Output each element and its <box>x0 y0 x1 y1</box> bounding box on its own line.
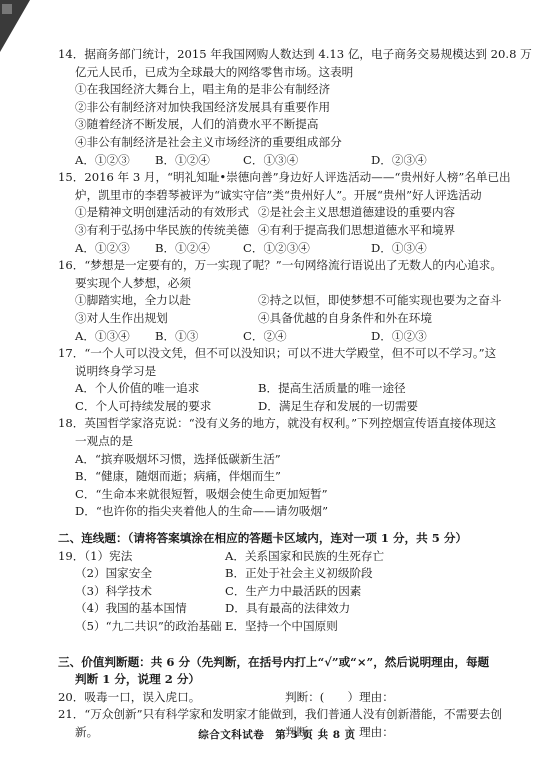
match-row: （2）国家安全 B．正处于社会主义初级阶段 <box>58 565 528 583</box>
question-20: 20．吸毒一口，误入虎口。 判断：( ）理由： <box>58 689 528 707</box>
match-row: （4）我国的基本国情 D．具有最高的法律效力 <box>58 600 528 618</box>
statement-item: ②非公有制经济对加快我国经济发展具有重要作用 <box>58 99 528 117</box>
question-15: 15．2016 年 3 月，“明礼知耻•崇德向善”身边好人评选活动——“贵州好人… <box>58 169 528 257</box>
section-3-title: 判断 1 分，说理 2 分） <box>58 671 528 689</box>
question-stem: 21．“万众创新”只有科学家和发明家才能做到，我们普通人没有创新潜能，不需要去创 <box>58 706 528 724</box>
statement-item: ②是社会主义思想道德建设的重要内容 <box>258 204 455 222</box>
question-stem: 18．英国哲学家洛克说：“没有义务的地方，就没有权利。”下列控烟宣传语直接体现这 <box>58 415 528 433</box>
statement-item: ④非公有制经济是社会主义市场经济的重要组成部分 <box>58 134 528 152</box>
statement-item: ④有利于提高我们思想道德水平和境界 <box>258 222 455 240</box>
answer-options-row: C．个人可持续发展的要求 D．满足生存和发展的一切需要 <box>58 398 528 416</box>
match-right-item: A．关系国家和民族的生死存亡 <box>225 548 384 566</box>
question-stem: 14．据商务部门统计，2015 年我国网购人数达到 4.13 亿，电子商务交易规… <box>58 46 528 64</box>
match-left-item: （4）我国的基本国情 <box>75 600 225 618</box>
match-row: （5）“九二共识”的政治基础 E．坚持一个中国原则 <box>58 618 528 636</box>
option-c: C．个人可持续发展的要求 <box>75 398 258 416</box>
option-d: D．满足生存和发展的一切需要 <box>258 398 418 416</box>
statement-item: ③随着经济不断发展，人们的消费水平不断提高 <box>58 116 528 134</box>
answer-options: A．①②③ B．①②④ C．①②③④ D．①③④ <box>58 240 528 258</box>
question-stem: 要实现个人梦想，必须 <box>58 275 528 293</box>
option-c: C．①②③④ <box>243 240 371 258</box>
section-2-title: 二、连线题：（请将答案填涂在相应的答题卡区域内，连对一项 1 分，共 5 分） <box>58 530 528 548</box>
question-stem: 炉，凯里市的李碧琴被评为“诚实守信”类“贵州好人”。开展“贵州”好人评选活动 <box>58 187 528 205</box>
question-stem: 15．2016 年 3 月，“明礼知耻•崇德向善”身边好人评选活动——“贵州好人… <box>58 169 528 187</box>
answer-options: A．①②③ B．①②④ C．①③④ D．②③④ <box>58 152 528 170</box>
statement-item: ④具备优越的自身条件和外在环境 <box>258 310 432 328</box>
exam-page: 14．据商务部门统计，2015 年我国网购人数达到 4.13 亿，电子商务交易规… <box>58 46 528 742</box>
question-17: 17．“一个人可以没文凭，但不可以没知识；可以不进大学殿堂，但不可以不学习。”这… <box>58 345 528 415</box>
question-16: 16．“梦想是一定要有的，万一实现了呢？”一句网络流行语说出了无数人的内心追求。… <box>58 257 528 345</box>
option-a: A．①③④ <box>75 328 155 346</box>
question-14: 14．据商务部门统计，2015 年我国网购人数达到 4.13 亿，电子商务交易规… <box>58 46 528 169</box>
statement-row: ③对人生作出规划 ④具备优越的自身条件和外在环境 <box>58 310 528 328</box>
option-d: D．①③④ <box>371 240 427 258</box>
statement-row: ③有利于弘扬中华民族的传统美德 ④有利于提高我们思想道德水平和境界 <box>58 222 528 240</box>
question-stem: 说明终身学习是 <box>58 363 528 381</box>
match-left-item: （5）“九二共识”的政治基础 <box>75 618 225 636</box>
match-right-item: C．生产力中最活跃的因素 <box>225 583 361 601</box>
question-19: 19．（1）宪法 A．关系国家和民族的生死存亡 （2）国家安全 B．正处于社会主… <box>58 548 528 636</box>
question-stem: 16．“梦想是一定要有的，万一实现了呢？”一句网络流行语说出了无数人的内心追求。 <box>58 257 528 275</box>
page-footer: 综合文科试卷 第 3 页 共 8 页 <box>0 727 554 742</box>
match-row: 19．（1）宪法 A．关系国家和民族的生死存亡 <box>58 548 528 566</box>
option-b: B．①②④ <box>155 152 243 170</box>
match-left-item: （2）国家安全 <box>75 565 225 583</box>
statement-item: ③有利于弘扬中华民族的传统美德 <box>75 222 258 240</box>
match-row: （3）科学技术 C．生产力中最活跃的因素 <box>58 583 528 601</box>
answer-options: A．①③④ B．①③ C．②④ D．①②③ <box>58 328 528 346</box>
statement-item: ③对人生作出规划 <box>75 310 258 328</box>
option-d: D．②③④ <box>371 152 427 170</box>
option-d: D．①②③ <box>371 328 427 346</box>
match-right-item: E．坚持一个中国原则 <box>225 618 338 636</box>
question-stem: 20．吸毒一口，误入虎口。 <box>58 689 285 707</box>
option-a: A．个人价值的唯一追求 <box>75 380 258 398</box>
option-b: B．“健康，随烟而逝；病痛，伴烟而生” <box>58 468 528 486</box>
statement-row: ①是精神文明创建活动的有效形式 ②是社会主义思想道德建设的重要内容 <box>58 204 528 222</box>
corner-scan-artifact-detail <box>2 4 12 14</box>
statement-item: ①是精神文明创建活动的有效形式 <box>75 204 258 222</box>
match-right-item: D．具有最高的法律效力 <box>225 600 350 618</box>
match-left-item: 19．（1）宪法 <box>58 548 225 566</box>
statement-row: ①脚踏实地，全力以赴 ②持之以恒，即使梦想不可能实现也要为之奋斗 <box>58 292 528 310</box>
statement-item: ①在我国经济大舞台上，唱主角的是非公有制经济 <box>58 81 528 99</box>
option-c: C．②④ <box>243 328 371 346</box>
option-d: D．“也许你的指尖夹着他人的生命——请勿吸烟” <box>58 503 528 521</box>
statement-item: ①脚踏实地，全力以赴 <box>75 292 258 310</box>
match-left-item: （3）科学技术 <box>75 583 225 601</box>
option-a: A．①②③ <box>75 152 155 170</box>
match-right-item: B．正处于社会主义初级阶段 <box>225 565 373 583</box>
answer-options-row: A．个人价值的唯一追求 B．提高生活质量的唯一途径 <box>58 380 528 398</box>
judgement-field[interactable]: 判断：( ）理由： <box>285 689 394 707</box>
option-b: B．提高生活质量的唯一途径 <box>258 380 406 398</box>
option-c: C．“生命本来就很短暂，吸烟会使生命更加短暂” <box>58 486 528 504</box>
option-a: A．“摈弃吸烟坏习惯，选择低碳新生活” <box>58 451 528 469</box>
question-stem: 亿元人民币，已成为全球最大的网络零售市场。这表明 <box>58 64 528 82</box>
question-stem: 17．“一个人可以没文凭，但不可以没知识；可以不进大学殿堂，但不可以不学习。”这 <box>58 345 528 363</box>
statement-item: ②持之以恒，即使梦想不可能实现也要为之奋斗 <box>258 292 501 310</box>
question-18: 18．英国哲学家洛克说：“没有义务的地方，就没有权利。”下列控烟宣传语直接体现这… <box>58 415 528 521</box>
question-stem: 一观点的是 <box>58 433 528 451</box>
option-b: B．①②④ <box>155 240 243 258</box>
section-3-title: 三、价值判断题：共 6 分（先判断，在括号内打上“√”或“×”，然后说明理由，每… <box>58 654 528 672</box>
option-c: C．①③④ <box>243 152 371 170</box>
option-b: B．①③ <box>155 328 243 346</box>
option-a: A．①②③ <box>75 240 155 258</box>
